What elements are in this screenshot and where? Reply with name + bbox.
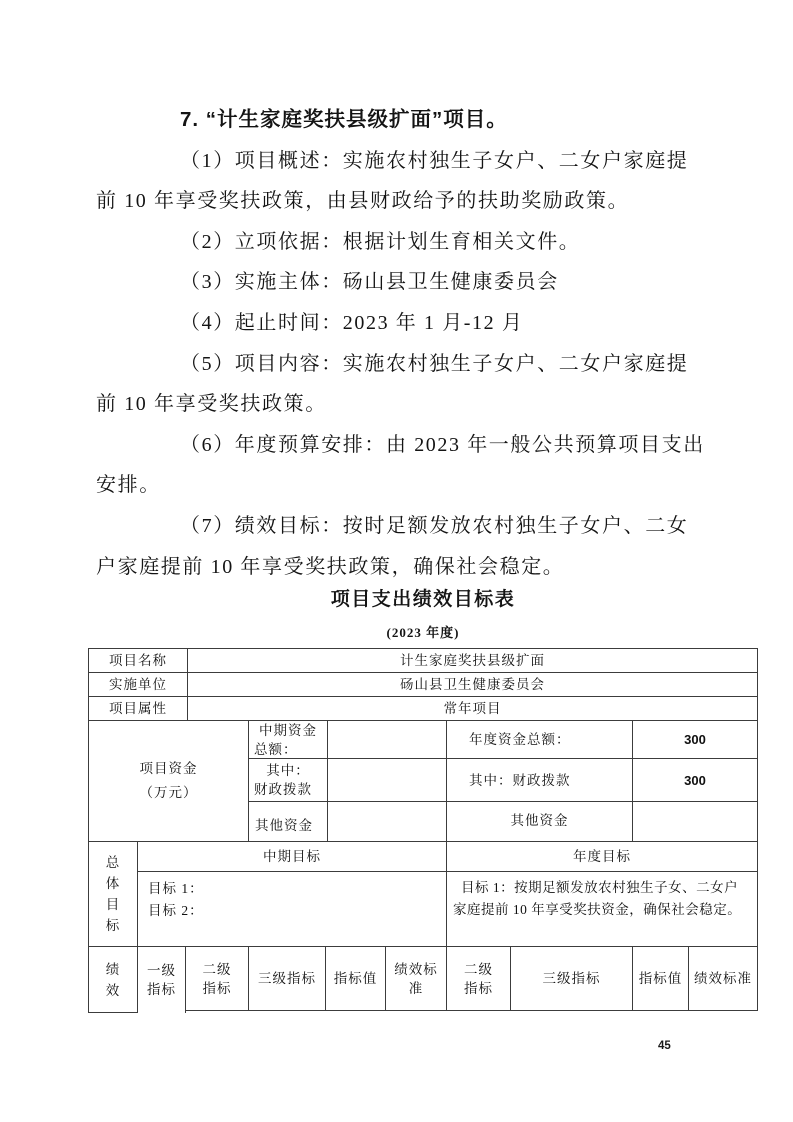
paragraph-line: （7）绩效目标：按时足额发放农村独生子女户、二女 [96,506,716,547]
mid-term-total-value [327,720,447,759]
paragraph-line: （6）年度预算安排：由 2023 年一般公共预算项目支出 [96,425,716,466]
paragraph-line: （5）项目内容：实施农村独生子女户、二女户家庭提 [96,344,716,385]
mid-term-total-label-line1: 中期资金 [252,721,324,740]
annual-total-value: 300 [632,720,758,759]
perf-header-level2-annual: 二级 指标 [446,946,511,1011]
overall-goal-label: 总 体 目 标 [88,841,138,947]
page-number: 45 [658,1040,671,1052]
table-subtitle: (2023 年度) [88,622,758,641]
annual-goal-text: 目标 1：按期足额发放农村独生子女、二女户家庭提前 10 年享受奖扶资金，确保社… [453,877,749,921]
perf-header-standard-annual: 绩效标准 [688,946,758,1011]
project-attribute-value: 常年项目 [187,696,758,721]
paragraph-line: （1）项目概述：实施农村独生子女户、二女户家庭提 [96,141,716,182]
mid-term-other-value [327,801,447,842]
document-body: 7. “计生家庭奖扶县级扩面”项目。 （1）项目概述：实施农村独生子女户、二女户… [96,100,716,587]
annual-total-label: 年度资金总额： [446,720,633,759]
annual-finance-label: 其中：财政拨款 [446,758,633,802]
paragraph-line: 户家庭提前 10 年享受奖扶政策，确保社会稳定。 [96,547,716,588]
annual-goal-content: 目标 1：按期足额发放农村独生子女、二女户家庭提前 10 年享受奖扶资金，确保社… [446,871,758,947]
mid-term-finance-label-line2: 财政拨款 [252,780,324,799]
perf-header-level3-mid: 三级指标 [248,946,326,1011]
annual-other-value [632,801,758,842]
mid-term-finance-value [327,758,447,802]
project-name-value: 计生家庭奖扶县级扩面 [187,648,758,673]
perf-header-standard-mid: 绩效标 准 [385,946,447,1011]
annual-finance-value: 300 [632,758,758,802]
section-heading: 7. “计生家庭奖扶县级扩面”项目。 [96,100,716,141]
annual-goal-header: 年度目标 [446,841,758,872]
paragraph-line: 前 10 年享受奖扶政策。 [96,384,716,425]
perf-header-value-mid: 指标值 [325,946,386,1011]
mid-term-other-label: 其他资金 [248,801,328,842]
project-attribute-label: 项目属性 [88,696,188,721]
mid-term-goal-header: 中期目标 [137,841,447,872]
mid-term-total-label: 中期资金 总额： [248,720,328,759]
implementing-unit-label: 实施单位 [88,672,188,697]
mid-term-finance-label-line1: 其中： [252,761,324,780]
mid-term-goal-content: 目标 1： 目标 2： [137,871,447,947]
perf-header-value-annual: 指标值 [632,946,689,1011]
paragraph-line: （3）实施主体：砀山县卫生健康委员会 [96,262,716,303]
paragraph-line: 前 10 年享受奖扶政策，由县财政给予的扶助奖励政策。 [96,181,716,222]
perf-header-level1: 一级 指标 [137,946,186,1013]
paragraph-line: （4）起止时间：2023 年 1 月-12 月 [96,303,716,344]
table-title: 项目支出绩效目标表 [88,584,758,611]
project-name-label: 项目名称 [88,648,188,673]
mid-term-finance-label: 其中： 财政拨款 [248,758,328,802]
implementing-unit-value: 砀山县卫生健康委员会 [187,672,758,697]
paragraph-line: 安排。 [96,465,716,506]
performance-label: 绩 效 [88,946,138,1013]
annual-other-label: 其他资金 [446,801,633,842]
perf-header-level2-mid: 二级 指标 [185,946,249,1011]
project-funds-label: 项目资金 （万元） [88,720,249,842]
mid-term-total-label-line2: 总额： [252,740,324,759]
paragraph-line: （2）立项依据：根据计划生育相关文件。 [96,222,716,263]
perf-header-level3-annual: 三级指标 [510,946,633,1011]
